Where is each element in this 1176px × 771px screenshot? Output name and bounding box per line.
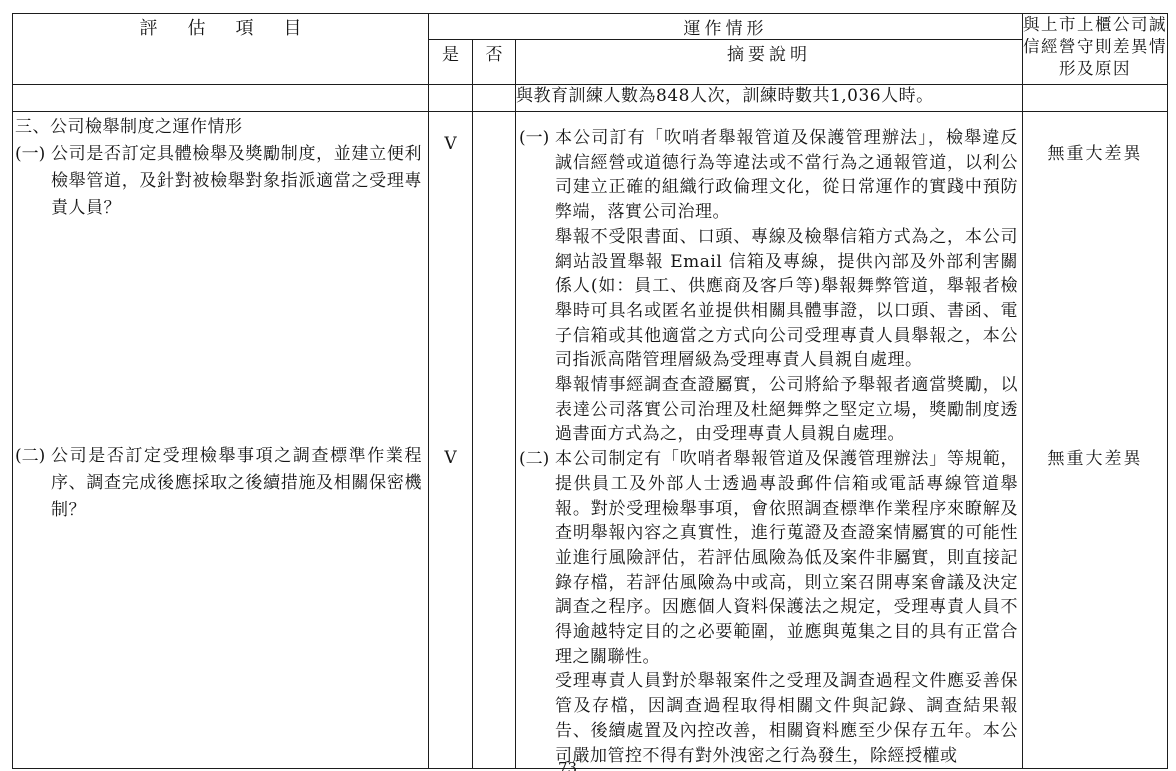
carryover-no-cell — [473, 85, 516, 112]
summary-1-label: (一) — [519, 126, 549, 151]
evaluation-table: 評估項目 運作情形 與上市上櫃公司誠信經營守則差異情形及原因 是 否 摘要說明 … — [12, 13, 1168, 769]
yes-checkmark-2: V — [429, 448, 472, 468]
carryover-assessment-cell — [13, 85, 429, 112]
no-cell — [473, 112, 516, 769]
table-row: 與教育訓練人數為848人次，訓練時數共1,036人時。 — [13, 85, 1168, 112]
header-summary: 摘要說明 — [516, 40, 1023, 85]
question-1-label: (一) — [15, 141, 45, 168]
question-2-label: (二) — [15, 443, 45, 470]
summary-1-paragraph-2: 舉報不受限書面、口頭、專線及檢舉信箱方式為之，本公司網站設置舉報 Email 信… — [555, 225, 1018, 373]
header-yes: 是 — [429, 40, 473, 85]
table-row: 三、公司檢舉制度之運作情形 (一) 公司是否訂定具體檢舉及獎勵制度，並建立便利檢… — [13, 112, 1168, 769]
summary-2-paragraph-1: 本公司制定有「吹哨者舉報管道及保護管理辦法」等規範，提供員工及外部人士透過專設郵… — [555, 447, 1018, 669]
summary-1-paragraph-1: 本公司訂有「吹哨者舉報管道及保護管理辦法」，檢舉違反誠信經營或道德行為等違法或不… — [555, 126, 1018, 225]
summary-item-2: (二) 本公司制定有「吹哨者舉報管道及保護管理辦法」等規範，提供員工及外部人士透… — [519, 447, 1018, 768]
carryover-summary-text: 與教育訓練人數為848人次，訓練時數共1,036人時。 — [516, 85, 1023, 112]
page-number: 73 — [558, 759, 577, 771]
question-item-2: (二) 公司是否訂定受理檢舉事項之調查標準作業程序、調查完成後應採取之後續措施及… — [15, 443, 422, 524]
yes-cell: V V — [429, 112, 473, 769]
summary-2-label: (二) — [519, 447, 549, 472]
deviation-text-2: 無重大差異 — [1023, 444, 1167, 469]
section-title: 三、公司檢舉制度之運作情形 — [15, 114, 422, 141]
summary-cell: (一) 本公司訂有「吹哨者舉報管道及保護管理辦法」，檢舉違反誠信經營或道德行為等… — [516, 112, 1023, 769]
question-1-text: 公司是否訂定具體檢舉及獎勵制度，並建立便利檢舉管道，及針對被檢舉對象指派適當之受… — [51, 144, 422, 218]
carryover-yes-cell — [429, 85, 473, 112]
deviation-cell: 無重大差異 無重大差異 — [1023, 112, 1168, 769]
assessment-cell: 三、公司檢舉制度之運作情形 (一) 公司是否訂定具體檢舉及獎勵制度，並建立便利檢… — [13, 112, 429, 769]
summary-1-paragraph-3: 舉報情事經調查查證屬實，公司將給予舉報者適當獎勵，以表達公司落實公司治理及杜絕舞… — [555, 373, 1018, 447]
carryover-deviation-cell — [1023, 85, 1168, 112]
yes-checkmark-1: V — [429, 134, 472, 154]
deviation-text-1: 無重大差異 — [1023, 139, 1167, 164]
header-assessment-items: 評估項目 — [13, 14, 429, 85]
question-item-1: (一) 公司是否訂定具體檢舉及獎勵制度，並建立便利檢舉管道，及針對被檢舉對象指派… — [15, 141, 422, 222]
header-deviation: 與上市上櫃公司誠信經營守則差異情形及原因 — [1023, 14, 1168, 85]
summary-2-paragraph-2: 受理專責人員對於舉報案件之受理及調查過程文件應妥善保管及存檔，因調查過程取得相關… — [555, 669, 1018, 768]
header-no: 否 — [473, 40, 516, 85]
question-2-text: 公司是否訂定受理檢舉事項之調查標準作業程序、調查完成後應採取之後續措施及相關保密… — [51, 446, 422, 520]
summary-item-1: (一) 本公司訂有「吹哨者舉報管道及保護管理辦法」，檢舉違反誠信經營或道德行為等… — [519, 126, 1018, 447]
header-operation-status: 運作情形 — [429, 14, 1023, 40]
document-page: 評估項目 運作情形 與上市上櫃公司誠信經營守則差異情形及原因 是 否 摘要說明 … — [0, 0, 1176, 771]
